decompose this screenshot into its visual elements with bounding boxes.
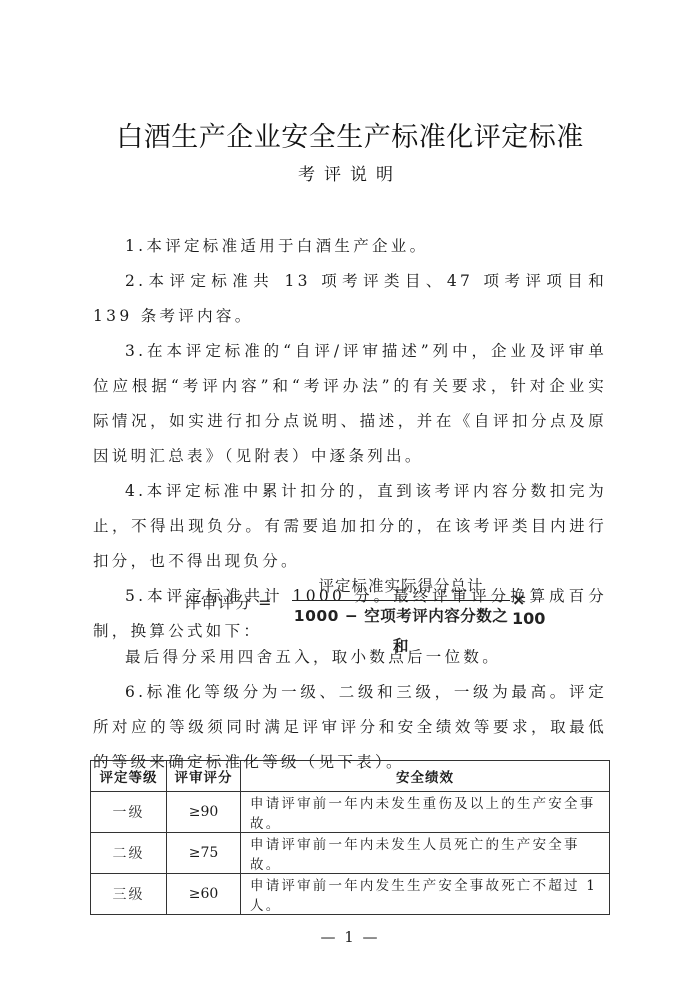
header-score: 评审评分 bbox=[167, 761, 241, 792]
header-level: 评定等级 bbox=[91, 761, 167, 792]
document-subtitle: 考评说明 bbox=[0, 160, 700, 185]
page-number: — 1 — bbox=[0, 928, 700, 946]
formula-fraction: 评定标准实际得分总计 1000 − 空项考评内容分数之和 bbox=[292, 574, 510, 627]
post-formula-text: 最后得分采用四舍五入，取小数点后一位数。 6.标准化等级分为一级、二级和三级，一… bbox=[93, 640, 607, 780]
cell-performance: 申请评审前一年内未发生重伤及以上的生产安全事故。 bbox=[241, 792, 610, 833]
paragraph-1: 1.本评定标准适用于白酒生产企业。 bbox=[93, 229, 607, 264]
cell-level: 二级 bbox=[91, 833, 167, 874]
formula-denominator: 1000 − 空项考评内容分数之和 bbox=[292, 601, 510, 627]
score-formula: 评审评分 = 评定标准实际得分总计 1000 − 空项考评内容分数之和 × 10… bbox=[184, 574, 564, 630]
table-header-row: 评定等级 评审评分 安全绩效 bbox=[91, 761, 610, 792]
formula-rhs: × 100 bbox=[512, 590, 564, 628]
formula-numerator: 评定标准实际得分总计 bbox=[292, 574, 510, 600]
document-title: 白酒生产企业安全生产标准化评定标准 bbox=[0, 115, 700, 154]
table-row: 三级 ≥60 申请评审前一年内发生生产安全事故死亡不超过 1 人。 bbox=[91, 874, 610, 915]
cell-level: 三级 bbox=[91, 874, 167, 915]
cell-performance: 申请评审前一年内发生生产安全事故死亡不超过 1 人。 bbox=[241, 874, 610, 915]
paragraph-2: 2.本评定标准共 13 项考评类目、47 项考评项目和 139 条考评内容。 bbox=[93, 264, 607, 334]
cell-score: ≥90 bbox=[167, 792, 241, 833]
cell-score: ≥60 bbox=[167, 874, 241, 915]
paragraph-3: 3.在本评定标准的“自评/评审描述”列中，企业及评审单位应根据“考评内容”和“考… bbox=[93, 334, 607, 474]
cell-level: 一级 bbox=[91, 792, 167, 833]
paragraph-4: 4.本评定标准中累计扣分的，直到该考评内容分数扣完为止，不得出现负分。有需要追加… bbox=[93, 474, 607, 579]
grade-table: 评定等级 评审评分 安全绩效 一级 ≥90 申请评审前一年内未发生重伤及以上的生… bbox=[90, 760, 610, 915]
cell-performance: 申请评审前一年内未发生人员死亡的生产安全事故。 bbox=[241, 833, 610, 874]
formula-lhs: 评审评分 = bbox=[184, 590, 273, 613]
cell-score: ≥75 bbox=[167, 833, 241, 874]
table-row: 二级 ≥75 申请评审前一年内未发生人员死亡的生产安全事故。 bbox=[91, 833, 610, 874]
rounding-note: 最后得分采用四舍五入，取小数点后一位数。 bbox=[93, 640, 607, 675]
table-row: 一级 ≥90 申请评审前一年内未发生重伤及以上的生产安全事故。 bbox=[91, 792, 610, 833]
header-performance: 安全绩效 bbox=[241, 761, 610, 792]
